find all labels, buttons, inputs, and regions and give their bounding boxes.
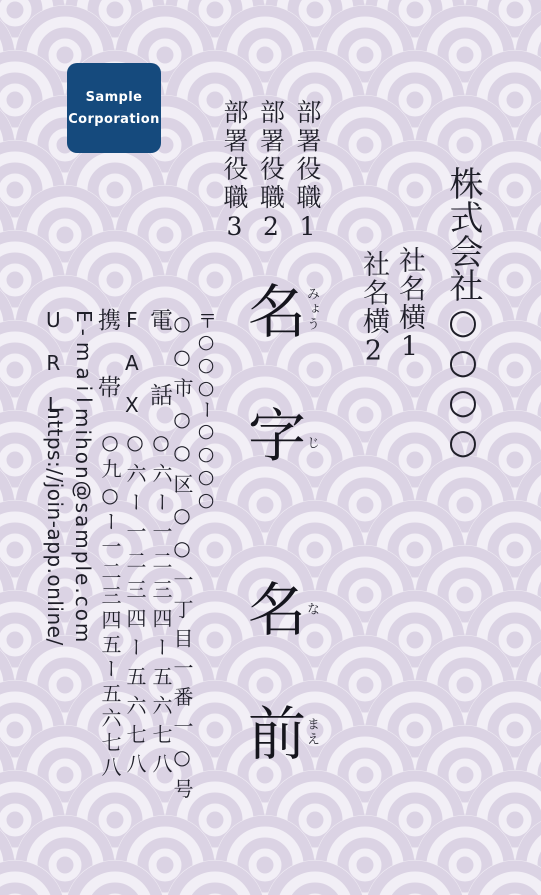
url-label: URL bbox=[46, 310, 61, 415]
person-family-name: 名字 bbox=[243, 281, 301, 529]
email-value: mihon@sample.com bbox=[73, 408, 93, 644]
postal-code: 〒○○○ー○○○○ bbox=[196, 311, 215, 512]
tel-label: 電話 bbox=[150, 310, 173, 408]
address: ○○市○○区○○一丁目一番一○号 bbox=[172, 311, 192, 808]
mobile-value: ○九○ー一二三四五ー五六七八 bbox=[100, 430, 120, 781]
logo-line2: Corporation bbox=[68, 112, 160, 127]
company-tagline-1: 社名横1 bbox=[396, 246, 423, 364]
department-line-1: 部署役職1 bbox=[289, 99, 326, 244]
department-line-3: 部署役職3 bbox=[216, 99, 253, 244]
person-given-name: 名前 bbox=[243, 579, 301, 827]
business-card: Sample Corporation 株式会社○○○○ 社名横1 社名横2 部署… bbox=[0, 0, 541, 895]
furigana-family-2: じ bbox=[305, 436, 318, 451]
furigana-given-2: まえ bbox=[305, 717, 318, 747]
email-label: E-mail bbox=[74, 310, 94, 409]
fax-label: FAX bbox=[125, 310, 139, 415]
logo-line1: Sample bbox=[86, 90, 143, 105]
company-logo-badge: Sample Corporation bbox=[67, 63, 161, 153]
department-title-block: 部署役職1 部署役職2 部署役職3 bbox=[216, 99, 326, 244]
furigana-given-1: な bbox=[305, 602, 318, 617]
department-line-2: 部署役職2 bbox=[252, 99, 289, 244]
company-tagline-2: 社名横2 bbox=[360, 250, 387, 368]
company-name: 株式会社○○○○ bbox=[446, 166, 480, 462]
tel-value: ○六ー一二三四ー五六七八 bbox=[151, 430, 171, 782]
fax-value: ○六ー一二三四ー五六七八 bbox=[125, 430, 145, 782]
url-value: https://join-app.online/ bbox=[45, 407, 65, 646]
furigana-family-1: みょう bbox=[305, 287, 318, 332]
mobile-label: 携帯 bbox=[98, 310, 121, 400]
